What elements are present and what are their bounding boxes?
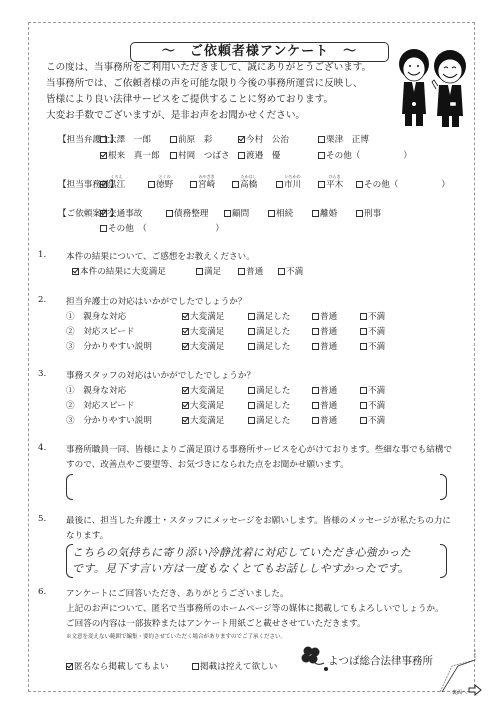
checkbox[interactable] — [356, 181, 363, 188]
checkbox[interactable] — [318, 181, 325, 188]
q3-r3-option[interactable]: 満足した — [248, 414, 290, 426]
checkbox-checked[interactable] — [100, 152, 107, 159]
checkbox[interactable] — [360, 313, 367, 320]
checkbox-checked[interactable] — [238, 136, 245, 143]
q2-r2-option[interactable]: 不満 — [360, 325, 385, 337]
staff-option[interactable]: みやざき宮崎 — [190, 178, 215, 190]
checkbox[interactable] — [248, 387, 255, 394]
q3-r1-option[interactable]: 普通 — [312, 384, 337, 396]
checkbox-checked[interactable] — [100, 210, 107, 217]
checkbox-checked[interactable] — [182, 402, 189, 409]
q2-r2-option[interactable]: 大変満足 — [182, 325, 224, 337]
q3-r1-option[interactable]: 不満 — [360, 384, 385, 396]
lawyer-option[interactable]: 今村 公治 — [238, 133, 289, 145]
q4-answer-field[interactable] — [76, 480, 436, 496]
mascot-lawyers-illustration — [392, 44, 474, 129]
q5-text-line1: 最後に、担当した弁護士・スタッフにメッセージをお願いします。皆様のメッセージが私… — [66, 514, 451, 526]
q5-handwritten-answer-line1[interactable]: こちらの気持ちに寄り添い冷静沈着に対応していただき心強かった — [72, 544, 411, 560]
q5-text-line2: なります。 — [66, 529, 108, 541]
case-option[interactable]: 相続 — [268, 207, 293, 219]
case-option[interactable]: 債務整理 — [166, 207, 208, 219]
q3-item: ③ 分かりやすい説明 — [66, 414, 152, 426]
checkbox[interactable] — [312, 313, 319, 320]
checkbox[interactable] — [360, 402, 367, 409]
back-side-label[interactable]: 裏面へ — [452, 689, 467, 696]
staff-option[interactable]: いちかわ市川 — [276, 178, 301, 190]
q4-text-line1: 事務所職員一同、皆様によりご満足頂ける事務所サービスを心がけております。些細な事… — [66, 443, 452, 455]
checkbox[interactable] — [248, 343, 255, 350]
q6-number: 6. — [38, 587, 46, 597]
q3-r3-option[interactable]: 大変満足 — [182, 414, 224, 426]
checkbox[interactable] — [166, 210, 173, 217]
q6-text-line3: ご回答の内容は一部抜粋またはアンケート用紙ごと載せさせていただきます。 — [66, 617, 366, 629]
checkbox-checked[interactable] — [182, 417, 189, 424]
checkbox[interactable] — [360, 387, 367, 394]
q1-option[interactable]: 本件の結果に大変満足 — [72, 265, 166, 277]
checkbox[interactable] — [278, 268, 285, 275]
q4-number: 4. — [38, 443, 46, 453]
lawyer-option[interactable]: 栗津 正博 — [318, 133, 369, 145]
checkbox-checked[interactable] — [66, 663, 73, 670]
q3-item: ① 親身な対応 — [66, 384, 126, 396]
q3-r3-option[interactable]: 不満 — [360, 414, 385, 426]
q2-r1-option[interactable]: 大変満足 — [182, 310, 224, 322]
checkbox[interactable] — [100, 225, 107, 232]
checkbox[interactable] — [268, 210, 275, 217]
q3-r2-option[interactable]: 満足した — [248, 399, 290, 411]
case-option-other[interactable]: その他 （ ） — [100, 222, 224, 234]
q2-text: 担当弁護士の対応はいかがでしたでしょうか？ — [66, 295, 246, 307]
q2-r1-option[interactable]: 満足した — [248, 310, 290, 322]
q3-r2-option[interactable]: 大変満足 — [182, 399, 224, 411]
checkbox[interactable] — [196, 268, 203, 275]
checkbox[interactable] — [170, 136, 177, 143]
q2-item: ② 対応スピード — [66, 325, 134, 337]
checkbox[interactable] — [312, 343, 319, 350]
lawyer-option[interactable]: 渡邉 優 — [238, 149, 280, 161]
checkbox[interactable] — [224, 210, 231, 217]
q4-bracket-left — [66, 474, 73, 500]
checkbox[interactable] — [318, 136, 325, 143]
q2-r2-option[interactable]: 満足した — [248, 325, 290, 337]
checkbox[interactable] — [100, 136, 107, 143]
q1-number: 1. — [38, 250, 46, 260]
q6-text-line1: アンケートにご回答いただき、ありがとうございました。 — [66, 587, 289, 599]
q3-r3-option[interactable]: 普通 — [312, 414, 337, 426]
checkbox-checked[interactable] — [182, 387, 189, 394]
checkbox[interactable] — [238, 152, 245, 159]
intro-line: 大変お手数でございますが、是非お声をお聞かせください。 — [46, 108, 305, 124]
clover-logo-icon — [300, 645, 328, 673]
q6-option-anonymous-ok[interactable]: 匿名なら掲載してもよい — [66, 660, 169, 672]
checkbox-checked[interactable] — [72, 268, 79, 275]
checkbox[interactable] — [318, 152, 325, 159]
intro-line: 当事務所では、ご依頼者様の声を可能な限り今後の事務所運営に反映し、 — [46, 76, 363, 92]
checkbox[interactable] — [192, 663, 199, 670]
q3-r2-option[interactable]: 不満 — [360, 399, 385, 411]
q2-item: ③ 分かりやすい説明 — [66, 340, 152, 352]
q3-r1-option[interactable]: 満足した — [248, 384, 290, 396]
lawyer-option[interactable]: 根来 真一郎 — [100, 149, 160, 161]
checkbox[interactable] — [312, 387, 319, 394]
checkbox[interactable] — [190, 181, 197, 188]
q1-text: 本件の結果について、ご感想をお教えください。 — [66, 250, 255, 262]
staff-option[interactable]: くろえ黒江 — [100, 178, 125, 190]
q1-option[interactable]: 不満 — [278, 265, 303, 277]
checkbox[interactable] — [276, 181, 283, 188]
checkbox[interactable] — [312, 210, 319, 217]
staff-option[interactable]: とくの徳野 — [148, 178, 173, 190]
checkbox-checked[interactable] — [182, 328, 189, 335]
checkbox-checked[interactable] — [182, 343, 189, 350]
q4-text-line2: すので、改善点やご要望等、お気づきになられた点をお聞かせ願います。 — [66, 458, 349, 470]
case-option[interactable]: 刑事 — [356, 207, 381, 219]
q2-number: 2. — [38, 295, 46, 305]
q6-note: ※文意を変えない範囲で編集・要約させていただく場合がありますのでご了承ください。 — [66, 632, 286, 640]
lawyer-option-other[interactable]: その他（ ） — [318, 149, 412, 161]
q6-option-decline[interactable]: 掲載は控えて欲しい — [192, 660, 277, 672]
checkbox[interactable] — [312, 417, 319, 424]
intro-line: この度は、当事務所をご利用いただきまして、誠にありがとうございます。 — [46, 60, 371, 76]
q2-r3-option[interactable]: 普通 — [312, 340, 337, 352]
q4-bracket-right — [440, 474, 447, 500]
checkbox[interactable] — [360, 328, 367, 335]
checkbox[interactable] — [248, 417, 255, 424]
page-title: 〜 ご依頼者様アンケート 〜 — [130, 42, 389, 62]
checkbox[interactable] — [360, 417, 367, 424]
arrow-right-icon[interactable] — [468, 684, 482, 696]
q2-r3-option[interactable]: 大変満足 — [182, 340, 224, 352]
checkbox[interactable] — [312, 402, 319, 409]
q3-r2-option[interactable]: 普通 — [312, 399, 337, 411]
q2-r1-option[interactable]: 普通 — [312, 310, 337, 322]
firm-name: よつば総合法律事務所 — [328, 653, 433, 668]
checkbox[interactable] — [248, 402, 255, 409]
q3-r1-option[interactable]: 大変満足 — [182, 384, 224, 396]
checkbox[interactable] — [248, 328, 255, 335]
q5-handwritten-answer-line2[interactable]: です。見下す言い方は一度もなくとてもお話ししやすかったです。 — [72, 560, 409, 576]
staff-option[interactable]: たかはし高橋 — [232, 178, 257, 190]
intro-line: 皆様により良い法律サービスをご提供することに努めております。 — [46, 92, 333, 108]
q1-option[interactable]: 普通 — [238, 265, 263, 277]
checkbox[interactable] — [248, 313, 255, 320]
checkbox[interactable] — [148, 181, 155, 188]
case-option[interactable]: 離婚 — [312, 207, 337, 219]
q2-r3-option[interactable]: 不満 — [360, 340, 385, 352]
q2-r2-option[interactable]: 普通 — [312, 325, 337, 337]
checkbox[interactable] — [238, 268, 245, 275]
checkbox[interactable] — [312, 328, 319, 335]
q6-text-line2: 上記のお声について、匿名で当事務所のホームページ等の媒体に掲載してもよろしいでし… — [66, 602, 444, 614]
lawyer-option[interactable]: 前原 彩 — [170, 133, 212, 145]
q1-option[interactable]: 満足 — [196, 265, 221, 277]
checkbox-checked[interactable] — [182, 313, 189, 320]
checkbox[interactable] — [170, 152, 177, 159]
q3-text: 事務スタッフの対応はいかがでしたでしょうか？ — [66, 369, 255, 381]
q5-number: 5. — [38, 514, 46, 524]
staff-option-other[interactable]: その他（ ） — [356, 178, 450, 190]
q5-bracket-right — [440, 544, 447, 578]
lawyer-option[interactable]: 大澤 一郎 — [100, 133, 151, 145]
lawyer-option[interactable]: 村岡 つばさ — [170, 149, 230, 161]
case-option[interactable]: 交通事故 — [100, 207, 142, 219]
q2-r3-option[interactable]: 満足した — [248, 340, 290, 352]
q2-item: ① 親身な対応 — [66, 310, 126, 322]
checkbox-checked[interactable] — [100, 181, 107, 188]
checkbox[interactable] — [232, 181, 239, 188]
q2-r1-option[interactable]: 不満 — [360, 310, 385, 322]
case-option[interactable]: 顧問 — [224, 207, 249, 219]
q3-number: 3. — [38, 369, 46, 379]
checkbox[interactable] — [356, 210, 363, 217]
q3-item: ② 対応スピード — [66, 399, 134, 411]
checkbox[interactable] — [360, 343, 367, 350]
staff-option[interactable]: ひらき平木 — [318, 178, 343, 190]
